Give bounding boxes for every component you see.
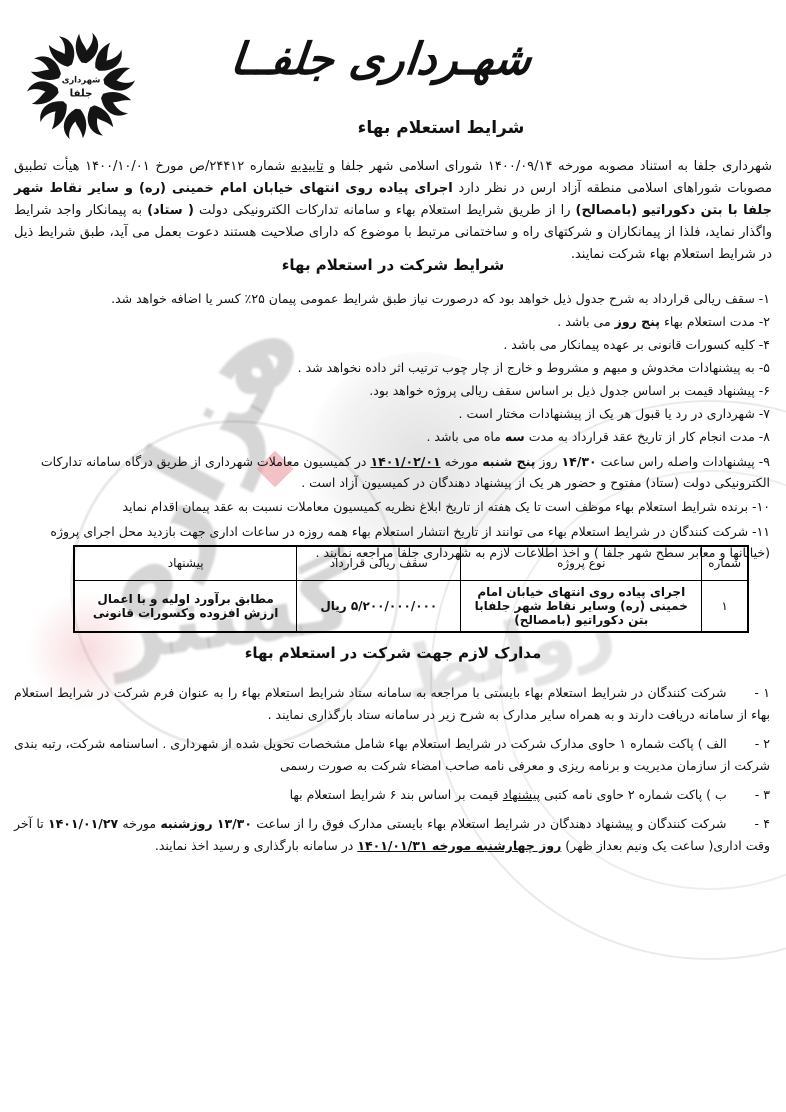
list-item: ۱۰- برنده شرایط استعلام بهاء موظف است تا… (14, 498, 770, 516)
col-header-ceiling: سقف ریالی قرارداد (297, 546, 461, 580)
item-number: ۲ - (755, 736, 770, 751)
item-text: شرکت کنندگان و پیشنهاد دهندگان در شرایط … (252, 816, 727, 831)
item-text: ۵- به پیشنهادات مخدوش و مبهم و مشروط و خ… (298, 360, 770, 375)
item-text: مورخه (441, 454, 483, 469)
time-bold: ۱۳/۳۰ (217, 816, 252, 831)
cell-proposal: مطابق برآورد اولیه و با اعمال ارزش افزود… (74, 580, 297, 632)
list-item: ۹- پیشنهادات واصله راس ساعت ۱۴/۳۰ روز پن… (14, 451, 770, 493)
document-page: هزاره گستر روابط (0, 0, 786, 1112)
item-bold: سه (505, 429, 525, 444)
item-number: ۳ - (755, 787, 770, 802)
item-text: ۶- پیشنهاد قیمت بر اساس جدول ذیل بر اساس… (369, 383, 770, 398)
item-text: ۷- شهرداری در رد یا قبول هر یک از پیشنها… (459, 406, 770, 421)
logo-text-line1: شهرداری (62, 74, 101, 85)
section1-title: شرایط شرکت در استعلام بهاء (0, 256, 786, 274)
item-number: ۴ - (754, 816, 770, 831)
item-text: الف ) پاکت شماره ۱ حاوی مدارک شرکت در شر… (14, 736, 770, 773)
time-bold: ۱۴/۳۰ (562, 454, 597, 469)
item-text: قیمت بر اساس بند ۶ شرایط استعلام بها (290, 787, 503, 802)
deadline-date: روز چهارشنبه مورخه ۱۴۰۱/۰۱/۳۱ (357, 838, 561, 853)
item-bold: پنج روز (615, 314, 660, 329)
item-text: ۴- کلیه کسورات قانونی بر عهده پیمانکار م… (503, 337, 770, 352)
item-text: شرکت کنندگان در شرایط استعلام بهاء بایست… (14, 685, 770, 722)
item-text: ب ) پاکت شماره ۲ حاوی نامه کتبی (540, 787, 727, 802)
list-item: ۴- کلیه کسورات قانونی بر عهده پیمانکار م… (14, 336, 770, 354)
section2-title: مدارک لازم جهت شرکت در استعلام بهاء (0, 644, 786, 662)
item-text: مورخه (118, 816, 160, 831)
list-item: ۱ -شرکت کنندگان در شرایط استعلام بهاء با… (14, 682, 770, 726)
cell-row-number: ۱ (702, 580, 748, 632)
table-header: شماره نوع پروژه سقف ریالی قرارداد پیشنها… (74, 546, 748, 580)
table-row: ۱ اجرای پیاده روی انتهای خیابان امام خمی… (74, 580, 748, 632)
tender-table: شماره نوع پروژه سقف ریالی قرارداد پیشنها… (73, 545, 749, 633)
intro-underlined-word: تاییدیه (291, 159, 324, 174)
item-text: می باشد . (557, 314, 614, 329)
item-text: ماه می باشد . (426, 429, 504, 444)
weekday-bold: روزشنبه (160, 816, 212, 831)
intro-text: شهرداری جلفا به استناد مصوبه مورخه ۱۴۰۰/… (323, 159, 772, 174)
item-text: روز (535, 454, 561, 469)
list-item: ۲- مدت استعلام بهاء پنج روز می باشد . (14, 313, 770, 331)
setad-bold: ( ستاد) (147, 203, 194, 218)
item-text: ۲- مدت استعلام بهاء (660, 314, 770, 329)
conditions-list: ۱- سقف ریالی قرارداد به شرح جدول ذیل خوا… (14, 290, 770, 568)
list-item: ۵- به پیشنهادات مخدوش و مبهم و مشروط و خ… (14, 359, 770, 377)
list-item: ۷- شهرداری در رد یا قبول هر یک از پیشنها… (14, 405, 770, 423)
list-item: ۲ -الف ) پاکت شماره ۱ حاوی مدارک شرکت در… (14, 733, 770, 777)
intro-text: را از طریق شرایط استعلام بهاء و سامانه ت… (194, 203, 576, 218)
col-header-proposal: پیشنهاد (74, 546, 297, 580)
org-name-calligraphy: شهـرداری جلفــا (168, 34, 593, 85)
item-text: ۱۰- برنده شرایط استعلام بهاء موظف است تا… (123, 499, 771, 514)
list-item: ۸- مدت انجام کار از تاریخ عقد قرارداد به… (14, 428, 770, 446)
underlined-word: پیشنهاد (503, 787, 540, 802)
item-text: ۱- سقف ریالی قرارداد به شرح جدول ذیل خوا… (111, 291, 770, 306)
opening-date: ۱۴۰۱/۰۲/۰۱ (370, 454, 440, 469)
list-item: ۶- پیشنهاد قیمت بر اساس جدول ذیل بر اساس… (14, 382, 770, 400)
required-documents-list: ۱ -شرکت کنندگان در شرایط استعلام بهاء با… (14, 682, 770, 864)
col-header-project: نوع پروژه (461, 546, 702, 580)
list-item: ۳ -ب ) پاکت شماره ۲ حاوی نامه کتبی پیشنه… (14, 784, 770, 806)
col-header-number: شماره (702, 546, 748, 580)
cell-project-name: اجرای پیاده روی انتهای خیابان امام خمینی… (461, 580, 702, 632)
item-text: ۹- پیشنهادات واصله راس ساعت (597, 454, 770, 469)
item-number: ۱ - (754, 685, 770, 700)
cell-ceiling-price: ۵/۲۰۰/۰۰۰/۰۰۰ ریال (297, 580, 461, 632)
item-text: در سامانه بارگذاری و رسید اخذ نمایند. (155, 838, 357, 853)
list-item: ۱- سقف ریالی قرارداد به شرح جدول ذیل خوا… (14, 290, 770, 308)
logo-text-line2: جلفا (70, 87, 93, 99)
start-date-bold: ۱۴۰۱/۰۱/۲۷ (48, 816, 118, 831)
item-text: ۸- مدت انجام کار از تاریخ عقد قرارداد به… (525, 429, 770, 444)
list-item: ۴ -شرکت کنندگان و پیشنهاد دهندگان در شرا… (14, 813, 770, 857)
intro-paragraph: شهرداری جلفا به استناد مصوبه مورخه ۱۴۰۰/… (14, 156, 772, 266)
document-title: شرایط استعلام بهاء (96, 118, 786, 138)
weekday-bold: پنج شنبه (482, 454, 535, 469)
